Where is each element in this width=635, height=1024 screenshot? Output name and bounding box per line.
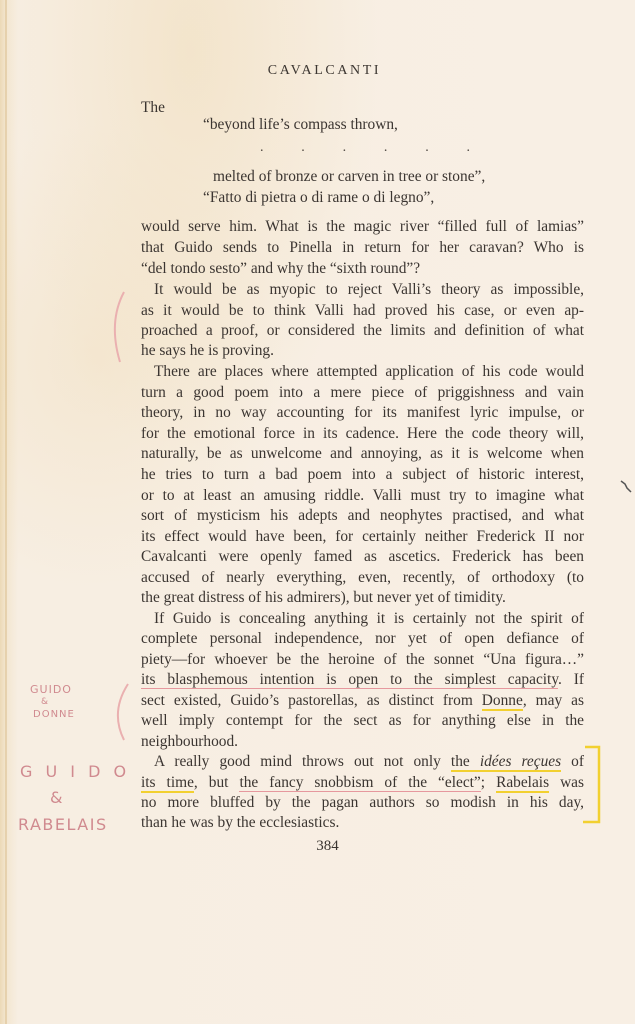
- text-line: the great distress of his admirers), but…: [141, 589, 584, 607]
- red-pencil-underline: its blasphemous intention is open to the…: [141, 671, 558, 689]
- margin-note-guido-rabelais: G U I D O: [20, 762, 130, 781]
- ellipsis-dot: .: [343, 140, 347, 156]
- text-line: complete personal independence, nor yet …: [141, 630, 584, 648]
- verse-ellipsis: . . . . . .: [260, 140, 470, 156]
- red-pencil-underline: the fancy snobbism of the “elect”: [239, 774, 480, 792]
- text-line: sort of mysticism his adepts and neophyt…: [141, 507, 584, 525]
- verse-line-3: “Fatto di pietra o di rame o di legno”,: [203, 189, 434, 207]
- margin-note-guido-donne: GUIDO: [30, 683, 72, 696]
- yellow-highlight-rabelais: Rabelais: [496, 774, 549, 793]
- ellipsis-dot: .: [384, 140, 388, 156]
- verse-intro: The: [141, 99, 165, 117]
- text-line: accused of nearly everything, even, rece…: [141, 569, 584, 587]
- text-line: There are places where attempted applica…: [141, 363, 584, 381]
- text-line: naturally, be as unwelcome and annoying,…: [141, 445, 584, 463]
- text-line: would serve him. What is the magic river…: [141, 218, 584, 236]
- text-line: turn a good poem into a mere piece of pr…: [141, 384, 584, 402]
- text-line: he says he is proving.: [141, 342, 584, 360]
- text-line: than he was by the ecclesiastics.: [141, 814, 584, 832]
- text-line: its effect would have been, for certainl…: [141, 528, 584, 546]
- text-line: It would be as myopic to reject Valli’s …: [141, 281, 584, 299]
- text-line: he tries to turn a bad poem into a subje…: [141, 466, 584, 484]
- margin-note-ampersand: &: [41, 697, 49, 707]
- text-line: If Guido is concealing anything it is ce…: [141, 610, 584, 628]
- running-head: CAVALCANTI: [0, 63, 635, 79]
- ellipsis-dot: .: [301, 140, 305, 156]
- margin-note-rabelais: RABELAIS: [18, 815, 108, 834]
- text-line-highlighted: its time, but the fancy snobbism of the …: [141, 774, 584, 792]
- ellipsis-dot: .: [466, 140, 470, 156]
- text-line-underlined: its blasphemous intention is open to the…: [141, 671, 584, 689]
- text-line: that Guido sends to Pinella in return fo…: [141, 239, 584, 257]
- text-line-highlighted: sect existed, Guido’s pastorellas, as di…: [141, 692, 584, 710]
- ellipsis-dot: .: [425, 140, 429, 156]
- text-line: Cavalcanti were openly famed as ascetics…: [141, 548, 584, 566]
- text-line: for the emotional force in its cadence. …: [141, 425, 584, 443]
- text-line: or to at least an amusing riddle. Valli …: [141, 487, 584, 505]
- text-line-highlighted: A really good mind throws out not only t…: [141, 753, 584, 771]
- yellow-highlight-its-time: its time: [141, 774, 194, 793]
- text-line: neighbourhood.: [141, 733, 584, 751]
- text-line: piety—for whoever be the heroine of the …: [141, 651, 584, 669]
- verse-line-2: melted of bronze or carven in tree or st…: [213, 168, 485, 186]
- ellipsis-dot: .: [260, 140, 264, 156]
- page-gutter: [5, 0, 7, 1024]
- margin-note-donne: DONNE: [33, 709, 75, 720]
- yellow-highlight-idees-recues: the idées reçues: [451, 753, 561, 772]
- yellow-highlight-donne: Donne: [482, 692, 523, 711]
- page-number: 384: [0, 838, 635, 855]
- text-line: “del tondo sesto” and why the “sixth rou…: [141, 260, 584, 278]
- text-line: no more bluffed by the pagan authors so …: [141, 794, 584, 812]
- verse-line-1: “beyond life’s compass thrown,: [203, 116, 398, 134]
- text-line: theory, in no way accounting for its man…: [141, 404, 584, 422]
- text-line: proached a proof, or considered the limi…: [141, 322, 584, 340]
- text-line: well imply contempt for the sect as for …: [141, 712, 584, 730]
- margin-note-ampersand: &: [50, 788, 63, 807]
- text-line: as it would be to think Valli had proved…: [141, 302, 584, 320]
